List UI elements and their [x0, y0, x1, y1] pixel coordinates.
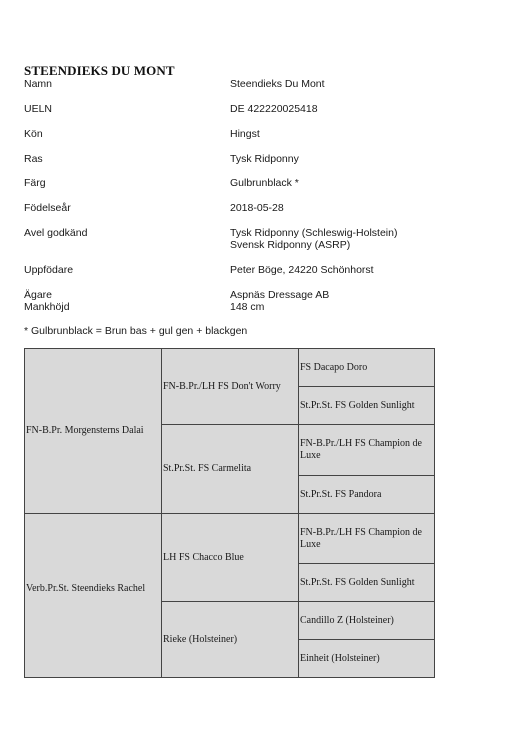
- horse-title: STEENDIEKS DU MONT: [24, 63, 175, 79]
- pedigree-dam-dam: Rieke (Holsteiner): [162, 602, 299, 678]
- value-farg: Gulbrunblack *: [230, 177, 299, 189]
- value-uppfodare: Peter Böge, 24220 Schönhorst: [230, 264, 374, 276]
- label-uppfodare: Uppfödare: [24, 264, 73, 276]
- pedigree-sdd: St.Pr.St. FS Pandora: [299, 476, 434, 514]
- pedigree-ddd: Einheit (Holsteiner): [299, 640, 434, 678]
- value-mankhojd: 148 cm: [230, 301, 264, 313]
- pedigree-sire-sire: FN-B.Pr./LH FS Don't Worry: [162, 349, 299, 425]
- pedigree-dsd: St.Pr.St. FS Golden Sunlight: [299, 564, 434, 602]
- value-avel-godkand-2: Svensk Ridponny (ASRP): [230, 239, 350, 251]
- pedigree-sds: FN-B.Pr./LH FS Champion de Luxe: [299, 425, 434, 476]
- value-namn: Steendieks Du Mont: [230, 78, 325, 90]
- pedigree-dam: Verb.Pr.St. Steendieks Rachel: [25, 514, 162, 678]
- pedigree-ssd: St.Pr.St. FS Golden Sunlight: [299, 387, 434, 425]
- value-agare: Aspnäs Dressage AB: [230, 289, 329, 301]
- value-ueln: DE 422220025418: [230, 103, 318, 115]
- label-avel-godkand: Avel godkänd: [24, 227, 87, 239]
- label-namn: Namn: [24, 78, 52, 90]
- pedigree-sire: FN-B.Pr. Morgensterns Dalai: [25, 349, 162, 514]
- pedigree-sire-dam: St.Pr.St. FS Carmelita: [162, 425, 299, 514]
- label-fodelsear: Födelseår: [24, 202, 71, 214]
- color-footnote: * Gulbrunblack = Brun bas + gul gen + bl…: [24, 325, 247, 337]
- label-ueln: UELN: [24, 103, 52, 115]
- value-fodelsear: 2018-05-28: [230, 202, 284, 214]
- label-mankhojd: Mankhöjd: [24, 301, 70, 313]
- label-kon: Kön: [24, 128, 43, 140]
- pedigree-table: FN-B.Pr. Morgensterns Dalai Verb.Pr.St. …: [24, 348, 435, 678]
- pedigree-sss: FS Dacapo Doro: [299, 349, 434, 387]
- value-kon: Hingst: [230, 128, 260, 140]
- value-ras: Tysk Ridponny: [230, 153, 299, 165]
- pedigree-dds: Candillo Z (Holsteiner): [299, 602, 434, 640]
- pedigree-dss: FN-B.Pr./LH FS Champion de Luxe: [299, 514, 434, 564]
- label-agare: Ägare: [24, 289, 52, 301]
- value-avel-godkand-1: Tysk Ridponny (Schleswig-Holstein): [230, 227, 397, 239]
- label-ras: Ras: [24, 153, 43, 165]
- pedigree-dam-sire: LH FS Chacco Blue: [162, 514, 299, 602]
- label-farg: Färg: [24, 177, 46, 189]
